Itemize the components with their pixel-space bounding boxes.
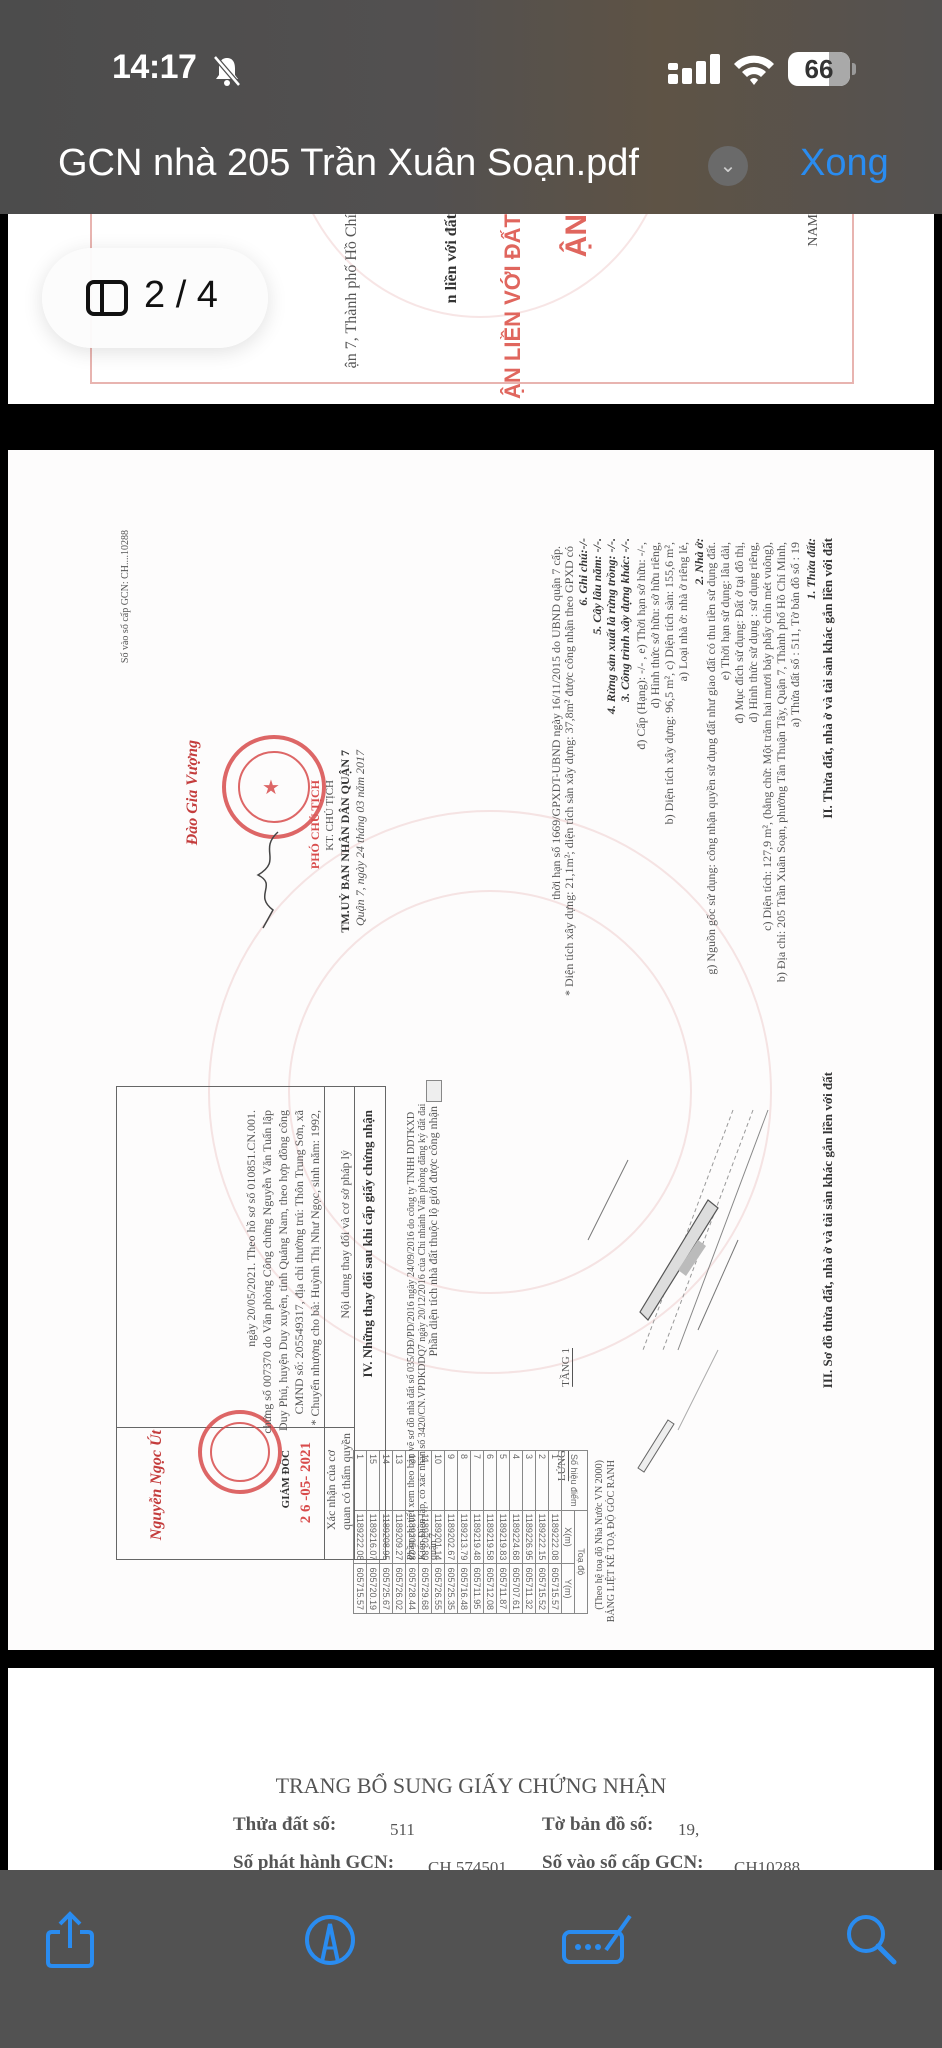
- battery-level: 66: [788, 52, 850, 86]
- table-row: 61189219.58605712.08: [484, 1451, 497, 1614]
- table-cell: 9: [445, 1451, 458, 1511]
- detail-note: Phần chi tiết xem theo bản vẽ sơ đồ nhà …: [406, 1090, 439, 1560]
- stamp-date: 2 6 -05- 2021: [298, 1442, 315, 1523]
- table-cell: 1189219.83: [497, 1510, 510, 1564]
- table-row: 11189222.08605715.57: [549, 1451, 562, 1614]
- certificate-heading: ẬN: [560, 214, 594, 257]
- table-cell: 605720.19: [367, 1564, 380, 1614]
- coords-table: Số hiệu điểmToạ độ X(m)Y(m) 11189222.086…: [353, 1450, 588, 1614]
- note-line: * Diện tích xây dựng: 21,1m²; diện tích …: [562, 546, 577, 996]
- section-4-line: CMND số: 205549317, địa chỉ thường trú: …: [292, 1110, 307, 1414]
- battery-tip: [852, 63, 856, 75]
- document-title[interactable]: GCN nhà 205 Trần Xuân Soạn.pdf: [58, 142, 639, 185]
- certificate-subheading: ẬN LIỀN VỚI ĐẤT: [500, 214, 526, 399]
- battery-indicator: 66: [788, 52, 850, 86]
- parcel-label: Thửa đất số:: [233, 1814, 336, 1836]
- col-header: Y(m): [562, 1564, 575, 1614]
- chevron-down-icon[interactable]: ⌄: [708, 146, 748, 186]
- section-4-col1: Nội dung thay đổi và cơ sở pháp lý: [338, 1150, 353, 1319]
- table-cell: 605726.55: [432, 1564, 445, 1614]
- section-4-line: * Chuyển nhượng cho bà: Huỳnh Thị Như Ng…: [308, 1110, 323, 1425]
- table-row: 51189219.83605711.87: [497, 1451, 510, 1614]
- page1-text: ận 7, Thành phố Hồ Chí: [343, 214, 361, 368]
- table-cell: 6: [484, 1451, 497, 1511]
- wifi-icon: [732, 52, 776, 86]
- table-row: 81189213.79605716.48: [458, 1451, 471, 1614]
- table-cell: 5: [497, 1451, 510, 1511]
- other-item: 6. Ghi chú:-/-: [576, 538, 591, 606]
- land-item: a) Thửa đất số : 511, Tờ bản đồ số : 19: [788, 542, 803, 727]
- house-item: a) Loại nhà ở: nhà ở riêng lẻ,: [676, 542, 691, 681]
- coords-table-title: BẢNG LIỆT KÊ TOẠ ĐỘ GÓC RANH: [606, 1460, 617, 1622]
- table-cell: 605715.57: [549, 1564, 562, 1614]
- col-group-header: Toạ độ: [575, 1510, 588, 1613]
- pdf-page-2: II. Thửa đất, nhà ở và tài sản khác gắn …: [8, 450, 934, 1650]
- house-item: d) Hình thức sở hữu: sở hữu riêng,: [648, 542, 663, 708]
- table-cell: 1189222.08: [549, 1510, 562, 1564]
- parcel-value: 511: [390, 1820, 415, 1840]
- land-item: g) Nguồn gốc sử dụng: công nhận quyền sử…: [704, 542, 719, 975]
- table-cell: 605715.57: [354, 1564, 367, 1614]
- table-row: 131189209.27605726.02: [393, 1451, 406, 1614]
- table-cell: 605715.52: [536, 1564, 549, 1614]
- signature-date: Quận 7, ngày 24 tháng 03 năm 2017: [353, 750, 368, 926]
- land-item: b) Địa chỉ: 205 Trần Xuân Soạn, phường T…: [774, 542, 789, 982]
- bottom-toolbar: [0, 1870, 942, 2048]
- page-count: 2 / 4: [144, 274, 218, 317]
- section-4-line: chứng số 007370 do Văn phòng Công chứng …: [260, 1110, 275, 1434]
- table-row: 31189226.95605711.32: [523, 1451, 536, 1614]
- table-cell: 605728.44: [406, 1564, 419, 1614]
- land-item: d) Hình thức sử dụng : sử dụng riêng,: [746, 542, 761, 723]
- table-cell: 605726.02: [393, 1564, 406, 1614]
- share-icon[interactable]: [40, 1910, 100, 1970]
- table-cell: 3: [523, 1451, 536, 1511]
- land-item: e) Thời hạn sử dụng: lâu dài,: [718, 542, 733, 680]
- other-item: 3. Công trình xây dựng khác: -/-.: [618, 538, 633, 702]
- land-item: c) Diện tích: 127,9 m², (bằng chữ: Một t…: [760, 542, 775, 931]
- section-3-title: III. Sơ đồ thửa đất, nhà ở và tài sản kh…: [820, 1072, 836, 1388]
- table-cell: 1189219.48: [471, 1510, 484, 1564]
- search-icon[interactable]: [842, 1910, 902, 1970]
- section-4-col2: Xác nhận của cơ quan có thẩm quyền: [324, 1430, 354, 1530]
- page1-text: n liền với đất: [443, 214, 461, 303]
- land-item: đ) Mục đích sử dụng: Đất ở tại đô thị,: [732, 542, 747, 724]
- table-cell: 1189209.27: [393, 1510, 406, 1564]
- stamp-role: GIÁM ĐỐC: [280, 1450, 292, 1508]
- table-cell: 605725.67: [380, 1564, 393, 1614]
- table-cell: 605712.08: [484, 1564, 497, 1614]
- done-button[interactable]: Xong: [800, 142, 889, 185]
- table-cell: 605725.35: [445, 1564, 458, 1614]
- coords-table-subtitle: (Theo hệ toạ độ Nhà Nước VN 2000): [594, 1460, 605, 1610]
- other-item: 5. Cây lâu năm: -/-.: [590, 538, 605, 635]
- map-sheet-label: Tờ bản đồ số:: [542, 1814, 653, 1836]
- sidebar-thumbnails-icon[interactable]: [86, 280, 128, 316]
- table-cell: 1189226.95: [523, 1510, 536, 1564]
- table-cell: 8: [458, 1451, 471, 1511]
- table-cell: 605729.68: [419, 1564, 432, 1614]
- table-cell: 13: [393, 1451, 406, 1511]
- section-4-line: Duy Phú, huyện Duy xuyên, tỉnh Quảng Nam…: [276, 1110, 291, 1431]
- house-item: đ) Cấp (Hạng): -/- , e) Thời hạn sở hữu:…: [634, 542, 649, 750]
- table-cell: 605716.48: [458, 1564, 471, 1614]
- table-cell: 4: [510, 1451, 523, 1511]
- land-subtitle: 1. Thửa đất:: [804, 538, 819, 600]
- table-cell: 1189224.68: [510, 1510, 523, 1564]
- table-row: 21189222.15605715.52: [536, 1451, 549, 1614]
- table-row: 91189202.67605725.35: [445, 1451, 458, 1614]
- table-row: 41189224.68605707.61: [510, 1451, 523, 1614]
- page-indicator[interactable]: 2 / 4: [42, 248, 268, 348]
- table-cell: 1189213.79: [458, 1510, 471, 1564]
- section-4-signer: Nguyễn Ngọc Út: [148, 1430, 166, 1540]
- map-sheet-value: 19,: [678, 1820, 699, 1840]
- handwritten-signature: [248, 830, 288, 930]
- land-parcel-diagram: [548, 1100, 808, 1500]
- table-cell: 1: [549, 1451, 562, 1511]
- note-line: thời hạn số 1669/GPXDT-UBND ngày 16/11/2…: [549, 546, 564, 900]
- signature-org: TM.UỶ BAN NHÂN DÂN QUẬN 7: [338, 750, 353, 933]
- col-header: Số hiệu điểm: [562, 1451, 588, 1511]
- table-cell: 605707.61: [510, 1564, 523, 1614]
- markup-pen-icon[interactable]: [300, 1910, 360, 1970]
- top-navigation-bar: 14:17 66 GCN nhà 205 Trần Xuân Soạn.pdf …: [0, 0, 942, 214]
- table-cell: 605711.95: [471, 1564, 484, 1614]
- bell-slash-icon: [212, 54, 242, 88]
- table-row: 71189219.48605711.95: [471, 1451, 484, 1614]
- table-cell: 1189222.15: [536, 1510, 549, 1564]
- table-cell: 1189219.58: [484, 1510, 497, 1564]
- cellular-signal-icon: [668, 54, 728, 86]
- people-committee-seal: ★: [222, 735, 326, 839]
- table-cell: 1189202.67: [445, 1510, 458, 1564]
- section-4-line: ngày 20/05/2021. Theo hồ sơ số 010851.CN…: [244, 1110, 259, 1347]
- fill-sign-icon[interactable]: [560, 1910, 640, 1970]
- status-time: 14:17: [112, 48, 196, 87]
- section-4-title: IV. Những thay đổi sau khi cấp giấy chứn…: [360, 1110, 376, 1378]
- registry-number: Số vào sổ cấp GCN: CH....10288: [120, 530, 131, 663]
- table-cell: 2: [536, 1451, 549, 1511]
- supplement-title: TRANG BỔ SUNG GIẤY CHỨNG NHẬN: [8, 1773, 934, 1799]
- floor-label: TẦNG 1: [560, 1348, 572, 1387]
- other-item: 4. Rừng sản xuất là rừng trồng: -/-.: [604, 538, 619, 714]
- table-cell: 7: [471, 1451, 484, 1511]
- page1-text: NAM: [806, 214, 822, 247]
- table-cell: 605711.32: [523, 1564, 536, 1614]
- col-header: X(m): [562, 1510, 575, 1564]
- house-item: b) Diện tích xây dựng: 96,5 m², c) Diện …: [662, 542, 677, 824]
- signer-name: Đào Gia Vượng: [184, 740, 202, 845]
- table-cell: 605711.87: [497, 1564, 510, 1614]
- section-2-title: II. Thửa đất, nhà ở và tài sản khác gắn …: [820, 538, 836, 819]
